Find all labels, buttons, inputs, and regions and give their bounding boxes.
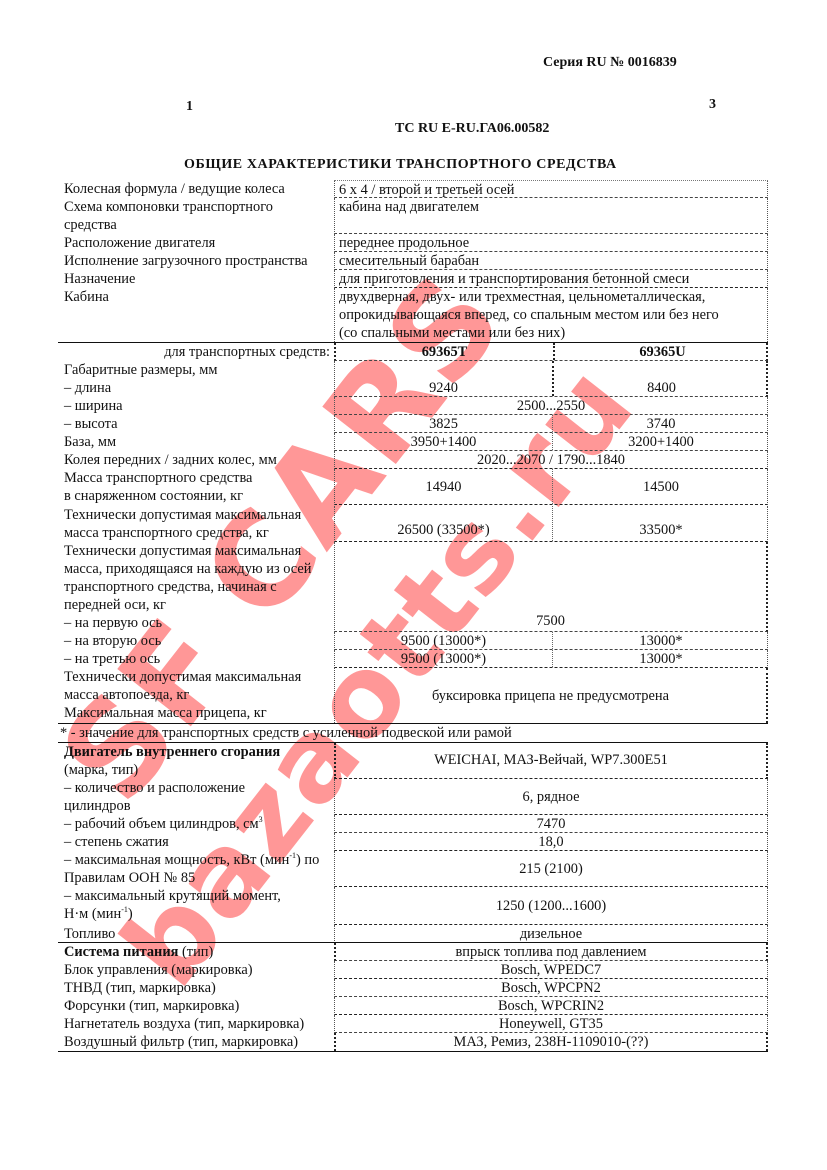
label-line: масса автопоезда, кг xyxy=(64,687,189,703)
value: 3825 3740 xyxy=(334,415,768,433)
label: Кабина xyxy=(64,288,334,306)
fuel-system-heading: Система питания xyxy=(64,944,178,960)
row-purpose: Назначение для приготовления и транспорт… xyxy=(58,270,768,288)
row-torque: – максимальный крутящий момент,Н·м (мин-… xyxy=(58,887,768,925)
label: Топливо xyxy=(64,925,334,943)
label: База, мм xyxy=(64,433,334,451)
models-caption: для транспортных средств: xyxy=(64,343,330,361)
superscript: -1 xyxy=(121,905,128,914)
label-line: транспортного средства, начиная с xyxy=(64,579,277,595)
value: 7500 xyxy=(334,542,768,632)
value: WEICHAI, МАЗ-Вейчай, WP7.300E51 xyxy=(334,743,768,779)
row-cabin: Кабина двухдверная, двух- или трехместна… xyxy=(58,288,768,342)
value: 14940 14500 xyxy=(334,469,768,505)
value: Bosch, WPEDC7 xyxy=(334,961,768,979)
certificate-number: ТС RU E-RU.ГА06.00582 xyxy=(395,121,549,137)
value-text: кабина над двигателем xyxy=(339,199,479,215)
cylinders-value: 6, рядное xyxy=(335,788,767,806)
label: Система питания (тип) xyxy=(64,943,334,961)
length-a: 9240 xyxy=(335,379,552,397)
superscript: 3 xyxy=(259,815,263,824)
label: Габаритные размеры, мм– длина xyxy=(64,361,334,397)
value: для приготовления и транспортирования бе… xyxy=(334,270,768,288)
injectors-value: Bosch, WPCRIN2 xyxy=(335,997,767,1015)
length-label: – длина xyxy=(64,380,111,396)
label-line: в снаряженном состоянии, кг xyxy=(64,488,243,504)
label: – высота xyxy=(64,415,334,433)
label: Технически допустимая максимальная масса… xyxy=(64,668,334,722)
row-cargo-space: Исполнение загрузочного пространства сме… xyxy=(58,252,768,270)
row-gross-mass: Технически допустимая максимальнаямасса … xyxy=(58,506,768,542)
row-axle-mass-first: Технически допустимая максимальная масса… xyxy=(58,542,768,632)
row-curb-mass: Масса транспортного средствав снаряженно… xyxy=(58,469,768,505)
label: Воздушный фильтр (тип, маркировка) xyxy=(64,1033,334,1051)
curb-b: 14500 xyxy=(643,479,679,495)
curb-b-cell: 14500 xyxy=(552,469,769,504)
axle3-b: 13000* xyxy=(552,650,769,667)
label-line: – максимальный крутящий момент, xyxy=(64,888,281,904)
series-number: Серия RU № 0016839 xyxy=(543,55,677,71)
row-fuel: Топливо дизельное xyxy=(58,925,768,943)
fuel-system-value: впрыск топлива под давлением xyxy=(336,943,766,961)
label-line: масса транспортного средства, кг xyxy=(64,525,269,541)
axle3-a: 9500 (13000*) xyxy=(335,650,552,668)
row-ecu: Блок управления (маркировка) Bosch, WPED… xyxy=(58,961,768,979)
dimensions-heading: Габаритные размеры, мм xyxy=(64,362,217,378)
label-line: передней оси, кг xyxy=(64,597,166,613)
table-bottom-border xyxy=(58,1051,768,1052)
row-wheelbase: База, мм 3950+1400 3200+1400 xyxy=(58,433,768,451)
label-line: Технически допустимая максимальная xyxy=(64,669,301,685)
label: Технически допустимая максимальная масса… xyxy=(64,542,336,632)
value: МАЗ, Ремиз, 238Н-1109010-(??) xyxy=(334,1033,768,1051)
value: двухдверная, двух- или трехместная, цель… xyxy=(334,288,768,342)
value: 1250 (1200...1600) xyxy=(334,887,768,925)
row-layout-scheme: Схема компоновки транспортногосредства к… xyxy=(58,198,768,234)
label-line: Правилам ООН № 85 xyxy=(64,870,195,886)
pump-value: Bosch, WPCPN2 xyxy=(335,979,767,997)
air-filter-value: МАЗ, Ремиз, 238Н-1109010-(??) xyxy=(336,1033,766,1051)
row-engine-location: Расположение двигателя переднее продольн… xyxy=(58,234,768,252)
label-line: Масса транспортного средства xyxy=(64,470,252,486)
label: – количество и расположениецилиндров xyxy=(64,779,334,815)
label: Колесная формула / ведущие колеса xyxy=(64,180,334,198)
footnote: * - значение для транспортных средств с … xyxy=(60,724,512,742)
value: 7470 xyxy=(334,815,768,833)
value-line: опрокидывающаяся вперед, со спальным мес… xyxy=(339,307,719,323)
value: 3950+1400 3200+1400 xyxy=(334,433,768,451)
value: переднее продольное xyxy=(334,234,768,252)
label: Форсунки (тип, маркировка) xyxy=(64,997,334,1015)
value-text: переднее продольное xyxy=(339,235,469,251)
label-text: Н·м (мин xyxy=(64,906,121,922)
row-wheel-formula: Колесная формула / ведущие колеса 6 х 4 … xyxy=(58,180,768,198)
label: ТНВД (тип, маркировка) xyxy=(64,979,334,997)
turbo-value: Honeywell, GT35 xyxy=(335,1015,767,1033)
label: Масса транспортного средствав снаряженно… xyxy=(64,469,334,505)
compression-value: 18,0 xyxy=(335,833,767,851)
label-text: – рабочий объем цилиндров, см xyxy=(64,816,259,832)
base-a: 3950+1400 xyxy=(335,433,552,451)
value: 9500 (13000*) 13000* xyxy=(334,632,768,650)
label-line: масса, приходящаяся на каждую из осей xyxy=(64,561,311,577)
gvw-a: 26500 (33500*) xyxy=(335,521,552,539)
value: 26500 (33500*) 33500* xyxy=(334,506,768,542)
value: 2020...2070 / 1790...1840 xyxy=(334,451,768,469)
row-dimensions-length: Габаритные размеры, мм– длина 9240 8400 xyxy=(58,361,768,397)
value: 18,0 xyxy=(334,833,768,851)
row-air-filter: Воздушный фильтр (тип, маркировка) МАЗ, … xyxy=(58,1033,768,1051)
curb-a: 14940 xyxy=(335,478,552,496)
label: – на третью ось xyxy=(64,650,334,668)
value: 2500...2550 xyxy=(334,397,768,415)
row-models: для транспортных средств: 69365T 69365U xyxy=(58,343,768,361)
value: 9240 8400 xyxy=(334,361,768,397)
value: Bosch, WPCPN2 xyxy=(334,979,768,997)
label: – максимальный крутящий момент,Н·м (мин-… xyxy=(64,887,334,923)
width-value: 2500...2550 xyxy=(335,397,767,415)
value-text: для приготовления и транспортирования бе… xyxy=(339,271,689,287)
row-displacement: – рабочий объем цилиндров, см3 7470 xyxy=(58,815,768,833)
row-cylinders: – количество и расположениецилиндров 6, … xyxy=(58,779,768,815)
row-axle2: – на вторую ось 9500 (13000*) 13000* xyxy=(58,632,768,650)
value: буксировка прицепа не предусмотрена xyxy=(334,668,768,723)
value: впрыск топлива под давлением xyxy=(334,943,768,961)
ecu-value: Bosch, WPEDC7 xyxy=(335,961,767,979)
row-injection-pump: ТНВД (тип, маркировка) Bosch, WPCPN2 xyxy=(58,979,768,997)
label-line: Технически допустимая максимальная xyxy=(64,507,301,523)
value: дизельное xyxy=(334,925,768,943)
value-text: 6 х 4 / второй и третьей осей xyxy=(339,182,514,198)
label-line: средства xyxy=(64,217,117,233)
label: Схема компоновки транспортногосредства xyxy=(64,198,334,234)
height-b: 3740 xyxy=(552,415,769,432)
row-power: – максимальная мощность, кВт (мин-1) поП… xyxy=(58,851,768,887)
value-line: (со спальными местами или без них) xyxy=(339,325,565,341)
base-b: 3200+1400 xyxy=(552,433,769,450)
row-injectors: Форсунки (тип, маркировка) Bosch, WPCRIN… xyxy=(58,997,768,1015)
superscript: -1 xyxy=(289,851,296,860)
page-number-right: 3 xyxy=(709,97,716,113)
model-b: 69365U xyxy=(553,343,770,360)
value: Bosch, WPCRIN2 xyxy=(334,997,768,1015)
engine-heading: Двигатель внутреннего сгорания xyxy=(64,744,280,760)
value: 6 х 4 / второй и третьей осей xyxy=(334,180,768,198)
displacement-value: 7470 xyxy=(335,815,767,833)
row-turbocharger: Нагнетатель воздуха (тип, маркировка) Ho… xyxy=(58,1015,768,1033)
label-text: – максимальная мощность, кВт (мин xyxy=(64,852,289,868)
row-axle3: – на третью ось 9500 (13000*) 13000* xyxy=(58,650,768,668)
label-line: Схема компоновки транспортного xyxy=(64,199,273,215)
value: 69365T 69365U xyxy=(334,343,768,361)
gvw-b: 33500* xyxy=(639,522,682,538)
label: Колея передних / задних колес, мм xyxy=(64,451,334,469)
value: 9500 (13000*) 13000* xyxy=(334,650,768,668)
value: смесительный барабан xyxy=(334,252,768,270)
label: Расположение двигателя xyxy=(64,234,334,252)
model-a: 69365T xyxy=(336,343,553,361)
label: – степень сжатия xyxy=(64,833,334,851)
label-line: Технически допустимая максимальная xyxy=(64,543,301,559)
page-number-left: 1 xyxy=(186,99,193,115)
track-value: 2020...2070 / 1790...1840 xyxy=(335,451,767,469)
label: Двигатель внутреннего сгорания(марка, ти… xyxy=(64,743,334,779)
length-b: 8400 xyxy=(647,380,676,396)
label-line: – количество и расположение xyxy=(64,780,245,796)
height-a: 3825 xyxy=(335,415,552,433)
fuel-value: дизельное xyxy=(335,925,767,943)
row-compression: – степень сжатия 18,0 xyxy=(58,833,768,851)
row-width: – ширина 2500...2550 xyxy=(58,397,768,415)
value: кабина над двигателем xyxy=(334,198,768,234)
label: – максимальная мощность, кВт (мин-1) поП… xyxy=(64,851,339,887)
trailer-label: Максимальная масса прицепа, кг xyxy=(64,705,267,721)
length-b-cell: 8400 xyxy=(552,361,769,396)
train-value: буксировка прицепа не предусмотрена xyxy=(335,687,766,705)
fuel-system-heading-sub: (тип) xyxy=(178,944,213,960)
label: Технически допустимая максимальнаямасса … xyxy=(64,506,334,542)
row-train-mass: Технически допустимая максимальная масса… xyxy=(58,668,768,723)
value: 215 (2100) xyxy=(334,851,768,887)
row-fuel-system: Система питания (тип) впрыск топлива под… xyxy=(58,943,768,961)
value-text: смесительный барабан xyxy=(339,253,479,269)
label: Назначение xyxy=(64,270,334,288)
value-line: двухдверная, двух- или трехместная, цель… xyxy=(339,289,705,305)
label: Нагнетатель воздуха (тип, маркировка) xyxy=(64,1015,334,1033)
torque-value: 1250 (1200...1600) xyxy=(335,897,767,915)
document-page: Серия RU № 0016839 1 3 ТС RU E-RU.ГА06.0… xyxy=(0,0,827,1170)
engine-make-value: WEICHAI, МАЗ-Вейчай, WP7.300E51 xyxy=(336,751,766,769)
axle2-b: 13000* xyxy=(552,632,769,649)
label: Блок управления (маркировка) xyxy=(64,961,334,979)
axle1-value: 7500 xyxy=(335,612,766,630)
power-value: 215 (2100) xyxy=(335,860,767,878)
value: Honeywell, GT35 xyxy=(334,1015,768,1033)
label: – ширина xyxy=(64,397,334,415)
label: Исполнение загрузочного пространства xyxy=(64,252,334,270)
label-text: ) xyxy=(128,906,133,922)
row-height: – высота 3825 3740 xyxy=(58,415,768,433)
label: – на вторую ось xyxy=(64,632,334,650)
label: – рабочий объем цилиндров, см3 xyxy=(64,815,334,833)
axle1-label: – на первую ось xyxy=(64,615,162,631)
label-line: цилиндров xyxy=(64,798,131,814)
gvw-b-cell: 33500* xyxy=(552,506,769,541)
row-track: Колея передних / задних колес, мм 2020..… xyxy=(58,451,768,469)
label-text: ) по xyxy=(296,852,319,868)
value: 6, рядное xyxy=(334,779,768,815)
axle2-a: 9500 (13000*) xyxy=(335,632,552,650)
engine-heading-sub: (марка, тип) xyxy=(64,762,138,778)
row-engine-make: Двигатель внутреннего сгорания(марка, ти… xyxy=(58,743,768,779)
page-title: ОБЩИЕ ХАРАКТЕРИСТИКИ ТРАНСПОРТНОГО СРЕДС… xyxy=(184,157,617,173)
